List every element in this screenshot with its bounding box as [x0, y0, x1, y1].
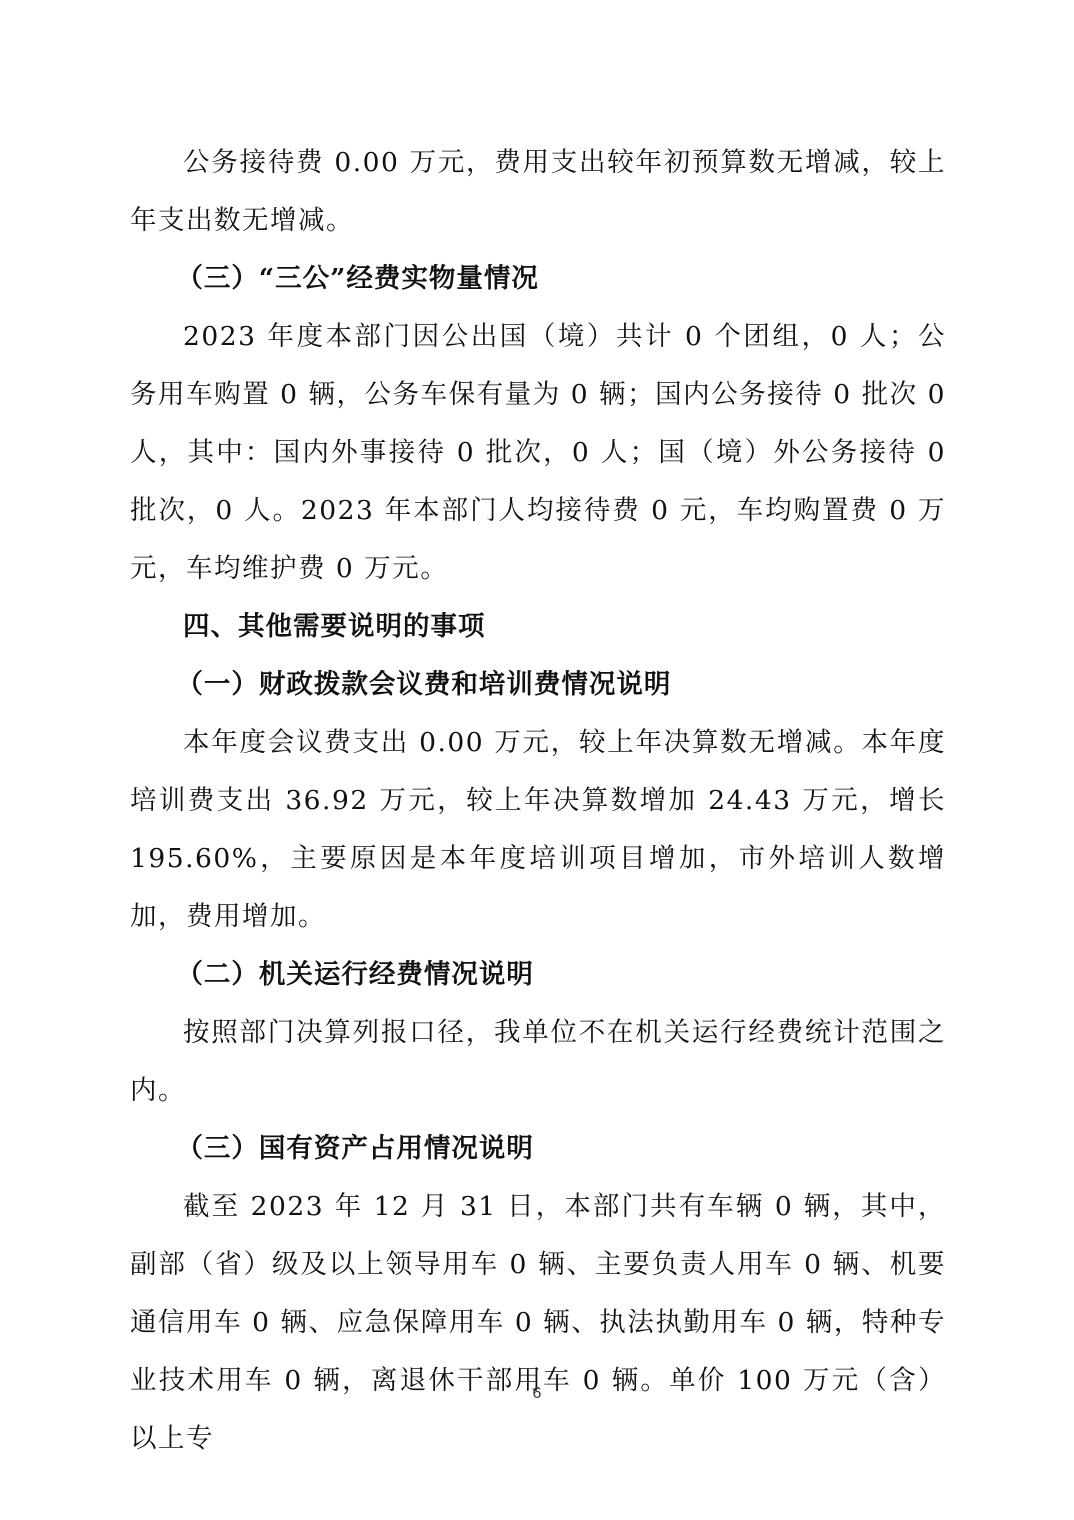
- subheading-meeting-training-fees: （一）财政拨款会议费和培训费情况说明: [130, 656, 946, 714]
- paragraph-reception-expense: 公务接待费 0.00 万元，费用支出较年初预算数无增减，较上年支出数无增减。: [130, 134, 946, 250]
- paragraph-three-public-quantities: 2023 年度本部门因公出国（境）共计 0 个团组，0 人；公务用车购置 0 辆…: [130, 308, 946, 598]
- section-heading-other-matters: 四、其他需要说明的事项: [130, 598, 946, 656]
- paragraph-operating-expenses: 按照部门决算列报口径，我单位不在机关运行经费统计范围之内。: [130, 1004, 946, 1120]
- document-page: 公务接待费 0.00 万元，费用支出较年初预算数无增减，较上年支出数无增减。 （…: [130, 134, 946, 1468]
- subheading-state-assets: （三）国有资产占用情况说明: [130, 1120, 946, 1178]
- paragraph-state-assets: 截至 2023 年 12 月 31 日，本部门共有车辆 0 辆，其中，副部（省）…: [130, 1178, 946, 1468]
- subheading-three-public-quantities: （三）“三公”经费实物量情况: [130, 250, 946, 308]
- subheading-operating-expenses: （二）机关运行经费情况说明: [130, 946, 946, 1004]
- paragraph-meeting-training-fees: 本年度会议费支出 0.00 万元，较上年决算数无增减。本年度培训费支出 36.9…: [130, 714, 946, 946]
- page-number: 6: [0, 1385, 1074, 1403]
